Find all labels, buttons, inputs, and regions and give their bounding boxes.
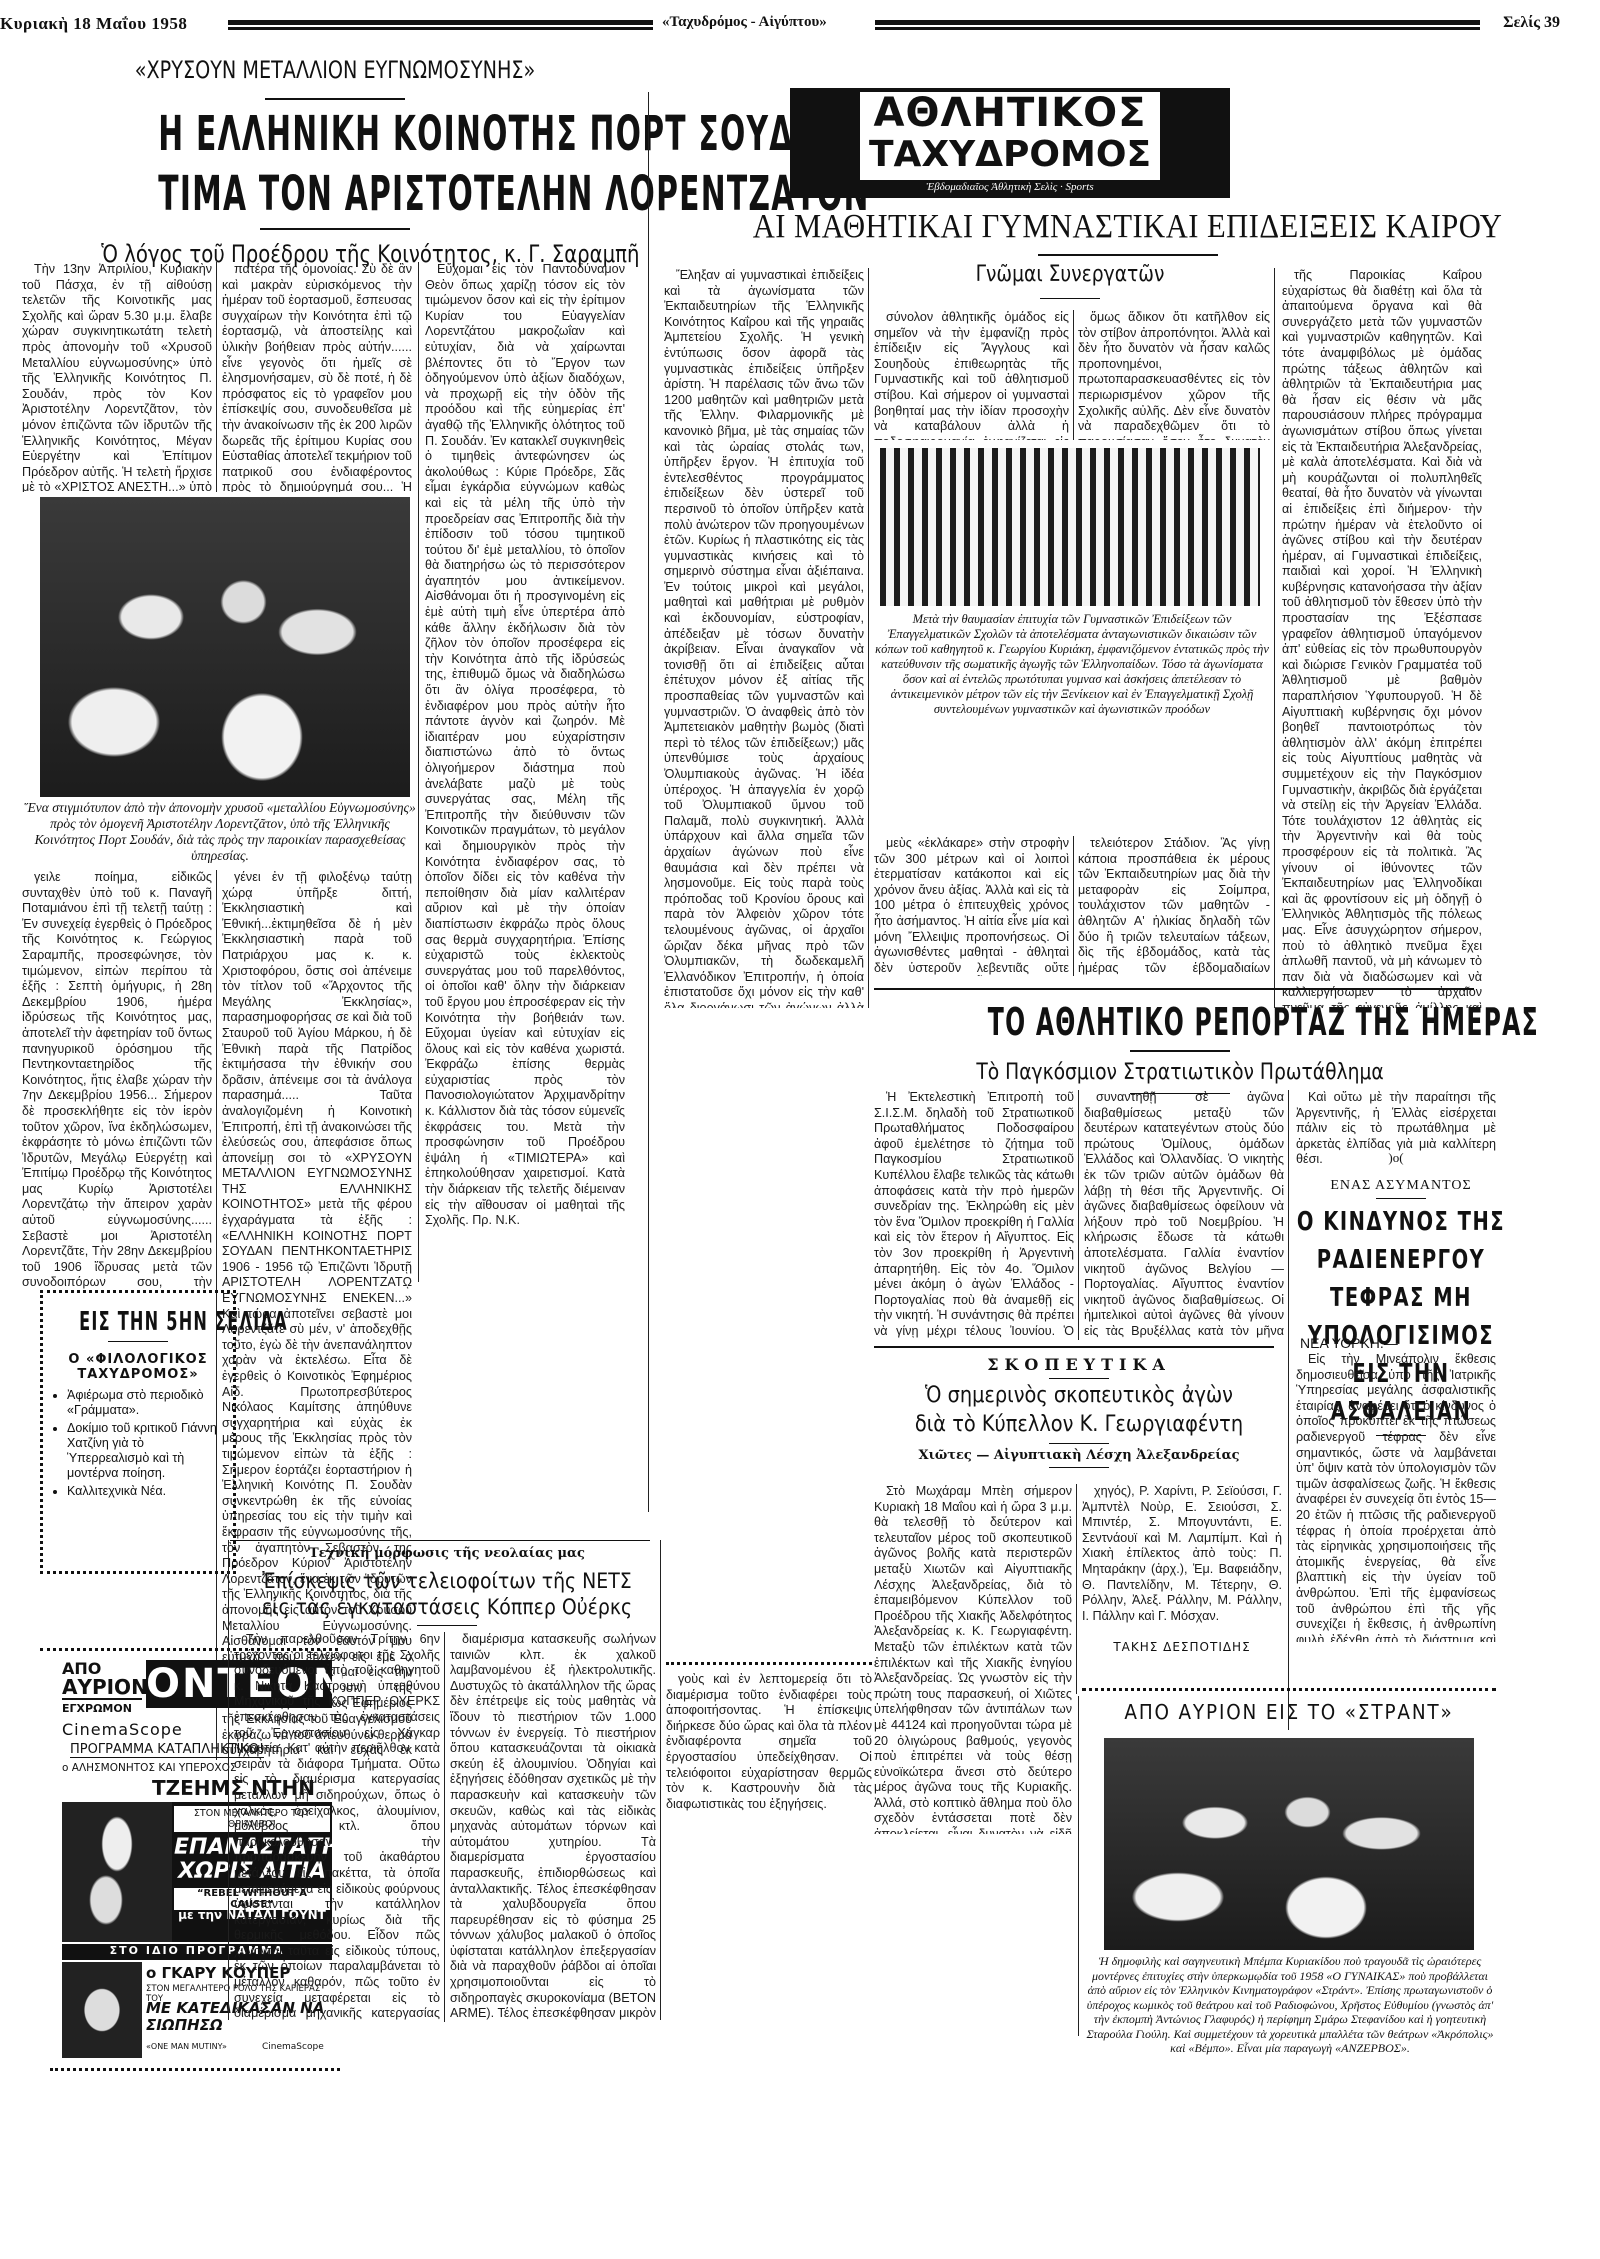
logo-line2: ΤΑΧΥΔΡΟΜΟΣ: [860, 134, 1160, 176]
column-rule: [1076, 1484, 1077, 1694]
shooting-byline: ΤΑΚΗΣ ΔΕΣΠΟΤΙΔΗΣ: [1082, 1640, 1282, 1654]
divider: [666, 1662, 872, 1668]
sports-photo-caption: Μετὰ τὴν θαυμασίαν ἐπιτυχία τῶν Γυμναστι…: [874, 612, 1270, 717]
column-rule: [216, 262, 217, 492]
box-list-item: Ἀφιέρωμα στὸ περιοδικὸ «Γράμματα».: [67, 1388, 225, 1418]
section-rule: [230, 1540, 650, 1541]
copper-column: διαμέρισμα κατασκευῆς σωλήνων ταινιῶν κλ…: [450, 1632, 656, 2022]
report-column: συναντηθῇ σὲ ἀγῶνα διαβαθμίσεως μεταξὺ τ…: [1084, 1090, 1284, 1340]
column-rule: [1288, 1090, 1289, 1730]
ad-photo: [62, 1962, 142, 2058]
column-rule: [1073, 836, 1074, 976]
box-title: ΕΙΣ ΤΗΝ 5ΗΝ ΣΕΛΙΔΑ: [79, 1307, 197, 1337]
divider: [417, 1625, 477, 1626]
logo-tagline: Ἑβδομαδιαῖος Ἀθλητικὴ Σελὶς · Sports: [870, 181, 1150, 193]
column-rule: [228, 1540, 229, 2020]
divider: [260, 228, 410, 230]
column-rule: [868, 268, 869, 1008]
copper-headline-line1: Ἐπίσκεψις τῶν τελειοφοίτων τῆς ΝΕΤΣ: [254, 1569, 641, 1593]
copper-kicker: Τεχνικὴ μόρφωσις τῆς νεολαίας μας: [232, 1546, 662, 1561]
radiation-column: Εἰς τὴν Μινεάπολιν ἔκθεσις δημοσιευθεῖσα…: [1296, 1352, 1496, 1642]
divider: [1376, 1198, 1426, 1199]
article-headline-line2: ΤΙΜΑ ΤΟΝ ΑΡΙΣΤΟΤΕΛΗΝ ΛΟΡΕΝΤΖΑΤΟΝ: [158, 166, 511, 222]
left-article-header: «ΧΡΥΣΟΥΝ ΜΕΤΑΛΛΙΟΝ ΕΥΓΝΩΜΟΣΥΝΗΣ» Η ΕΛΛΗΝ…: [50, 56, 620, 268]
sports-column: τῆς Παροικίας Καΐρου εὐχαρίστως θὰ διαθέ…: [1282, 268, 1482, 1008]
logo-line1: ΑΘΛΗΤΙΚΟΣ: [860, 92, 1160, 134]
copper-headline-line2: εἰς τὰς ἐγκαταστάσεις Κόππερ Οὐέρκς: [254, 1595, 641, 1619]
article-column: γειλε ποίημα, εἰδικῶς συνταχθὲν ὑπὸ τοῦ …: [22, 870, 212, 1290]
medal-ceremony-photo: [40, 497, 410, 797]
page-number: Σελίς 39: [1503, 14, 1560, 32]
column-rule: [418, 262, 419, 1282]
divider: [1049, 1378, 1109, 1379]
issue-date: Κυριακὴ 18 Μαΐου 1958: [0, 14, 187, 34]
shooting-kicker: ΣΚΟΠΕΥΤΙΚΑ: [874, 1355, 1284, 1374]
column-rule: [1078, 1696, 1079, 2036]
gymnastics-parade-photo: [880, 448, 1260, 606]
box-subtitle: Ο «ΦΙΛΟΛΟΓΙΚΟΣ ΤΑΧΥΔΡΟΜΟΣ»: [51, 1352, 225, 1382]
shooting-column: Στὸ Μωχάραμ Μπὲη σήμερον Κυριακὴ 18 Μαΐο…: [874, 1484, 1072, 1834]
radiation-kicker: ΕΝΑΣ ΑΣΥΜΑΝΤΟΣ: [1296, 1178, 1506, 1194]
divider: [265, 98, 405, 100]
shooting-column: χηγός), Ρ. Χαρίντι, Ρ. Σεϊούσσι, Γ. Ἀμπν…: [1082, 1484, 1282, 1634]
report-headline: ΤΟ ΑΘΛΗΤΙΚΟ ΡΕΠΟΡΤΑΖ ΤΗΣ ΗΜΕΡΑΣ: [988, 1000, 1372, 1044]
ad-photo: [62, 1802, 172, 1942]
report-header: ΤΟ ΑΘΛΗΤΙΚΟ ΡΕΠΟΡΤΑΖ ΤΗΣ ΗΜΕΡΑΣ Τὸ Παγκό…: [870, 1000, 1490, 1094]
article-column: Τὴν 13ην Ἀπριλίου, Κυριακὴν τοῦ Πάσχα, ἐ…: [22, 262, 212, 492]
strand-headline: ΑΠΟ ΑΥΡΙΟΝ ΕΙΣ ΤΟ «ΣΤΡΑΝΤ»: [1099, 1700, 1480, 1724]
ad-tagline: ο ΑΛΗΣΜΟΝΗΤΟΣ ΚΑΙ ΥΠΕΡΟΧΟΣ: [62, 1762, 237, 1774]
masthead-rule: [875, 20, 1480, 27]
sports-column: μεὺς «ἐκλάκαρε» στὴν στροφὴν τῶν 300 μέτ…: [874, 836, 1069, 976]
sports-subhead: Γνῶμαι Συνεργατῶν: [900, 262, 1240, 287]
divider: [1038, 254, 1218, 256]
shooting-headline-line2: διὰ τὸ Κύπελλον Κ. Γεωργιαφέντη: [899, 1412, 1260, 1437]
report-column: Ἡ Ἐκτελεστικὴ Ἐπιτροπὴ τοῦ Σ.Ι.Σ.Μ. δηλα…: [874, 1090, 1074, 1340]
article-column: Εὔχομαι εἰς τὸν Παντοδύναμον Θεὸν ὅπως χ…: [425, 262, 625, 1282]
sports-logo: ΑΘΛΗΤΙΚΟΣ ΤΑΧΥΔΡΟΜΟΣ Ἑβδομαδιαῖος Ἀθλητι…: [790, 88, 1230, 198]
sports-column: σύνολον ἀθλητικῆς ὁμάδος εἰς σημεῖον νὰ …: [874, 310, 1069, 440]
ad-tomorrow: ΑΥΡΙΟΝ: [62, 1678, 142, 1696]
box-list-item: Δοκίμιο τοῦ κριτικοῦ Γιάννη Χατζίνη γιὰ …: [67, 1421, 225, 1481]
copper-header: Τεχνικὴ μόρφωσις τῆς νεολαίας μας Ἐπίσκε…: [232, 1546, 662, 1626]
sports-column: ὅμως ἄδικον ὅτι κατῆλθον εἰς τὸν στίβον …: [1078, 310, 1270, 440]
article-column: πατέρα τῆς ὁμονοίας. Σὺ δὲ ἂν καὶ μακρὰν…: [222, 262, 412, 492]
sports-main-headline-wrap: ΑΙ ΜΑΘΗΤΙΚΑΙ ΓΥΜΝΑΣΤΙΚΑΙ ΕΠΙΔΕΙΞΕΙΣ ΚΑΙΡ…: [655, 208, 1600, 256]
strand-photo: [1104, 1738, 1474, 1950]
shooting-subhead: Χιῶτες — Αἰγυπτιακὴ Λέσχη Ἀλεξανδρείας: [874, 1448, 1284, 1463]
box-list-item: Καλλιτεχνικὰ Νέα.: [67, 1484, 225, 1499]
copper-column: γοὺς καὶ ἐν λεπτομερείᾳ ὅτι τὸ διαμέρισμ…: [666, 1672, 872, 2022]
box-list: Ἀφιέρωμα στὸ περιοδικὸ «Γράμματα». Δοκίμ…: [43, 1388, 233, 1499]
column-rule: [1078, 1090, 1079, 1340]
column-rule: [660, 1540, 661, 2020]
photo-caption: Ἕνα στιγμιότυπον ἀπὸ τὴν ἀπονομὴν χρυσοῦ…: [24, 800, 416, 864]
shooting-headline-line1: Ὁ σημερινὸς σκοπευτικὸς ἀγὼν: [899, 1383, 1260, 1408]
divider: [1130, 1050, 1230, 1052]
paper-name: «Ταχυδρόμος - Αἰγύπτου»: [662, 14, 827, 31]
article-headline-line1: Η ΕΛΛΗΝΙΚΗ ΚΟΙΝΟΤΗΣ ΠΟΡΤ ΣΟΥΔΑΝ: [158, 106, 511, 162]
radiation-dateline: ΝΕΑ ΥΟΡΚΗ.—: [1300, 1335, 1398, 1351]
column-rule: [1274, 268, 1275, 1008]
sports-column: Ἔληξαν αἱ γυμναστικαὶ ἐπιδείξεις καὶ τὰ …: [664, 268, 864, 1008]
strand-caption: Ἡ δημοφιλὴς καὶ σαγηνευτικὴ Μπέμπα Κυρια…: [1086, 1954, 1494, 2056]
masthead-rule: [228, 20, 653, 27]
section-rule: [874, 1346, 1274, 1348]
ad-format: CinemaScope: [62, 1720, 183, 1739]
shooting-header: ΣΚΟΠΕΥΤΙΚΑ Ὁ σημερινὸς σκοπευτικὸς ἀγὼν …: [874, 1355, 1284, 1468]
article-kicker: «ΧΡΥΣΟΥΝ ΜΕΤΑΛΛΙΟΝ ΕΥΓΝΩΜΟΣΥΝΗΣ»: [107, 56, 563, 84]
section-rule: [874, 988, 1474, 990]
copper-column: Τὴν παρελθοῦσαν Τρίτην 6ην τρέχοντος οἱ …: [234, 1632, 440, 2022]
column-rule: [1073, 310, 1074, 440]
divider: [1040, 298, 1100, 299]
sports-column: τελειότερον Στάδιον. Ἂς γίνῃ κάποια προσ…: [1078, 836, 1270, 976]
column-rule: [444, 1632, 445, 2022]
report-divider: )o(: [1296, 1150, 1496, 1166]
ad-format2: CinemaScope: [262, 2042, 324, 2052]
divider: [1049, 1443, 1109, 1444]
ad-film2-english: «ONE MAN MUTINY»: [146, 2042, 227, 2051]
divider: [1082, 1688, 1496, 1694]
section-rule: [648, 92, 649, 1512]
sports-main-headline: ΑΙ ΜΑΘΗΤΙΚΑΙ ΓΥΜΝΑΣΤΙΚΑΙ ΕΠΙΔΕΙΞΕΙΣ ΚΑΙΡ…: [702, 208, 1553, 246]
divider: [108, 1341, 168, 1342]
divider: [1049, 1467, 1109, 1468]
masthead: Κυριακὴ 18 Μαΐου 1958 «Ταχυδρόμος - Αἰγύ…: [0, 14, 1600, 36]
ad-colour: ΕΓΧΡΩΜΟΝ: [62, 1698, 142, 1718]
report-subhead: Τὸ Παγκόσμιον Στρατιωτικὸν Πρωτάθλημα: [917, 1060, 1444, 1085]
page5-box: ΕΙΣ ΤΗΝ 5ΗΝ ΣΕΛΙΔΑ Ο «ΦΙΛΟΛΟΓΙΚΟΣ ΤΑΧΥΔΡ…: [40, 1290, 236, 1574]
ad-border-bottom: [50, 2068, 340, 2074]
